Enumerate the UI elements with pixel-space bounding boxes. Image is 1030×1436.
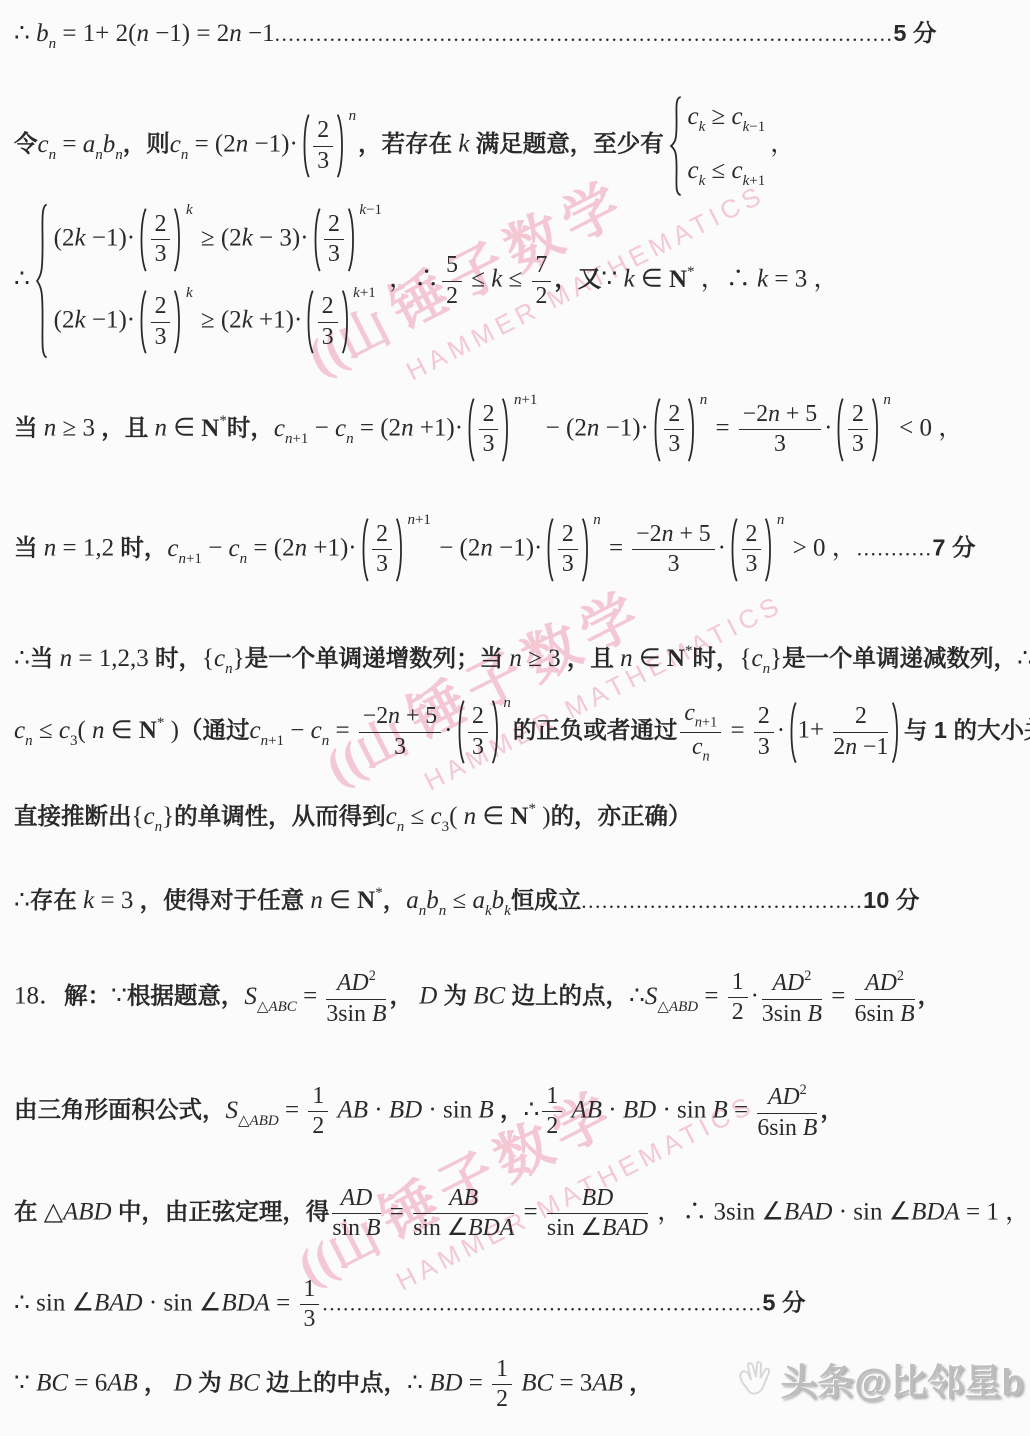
text-cjk: 10 分 [863, 887, 919, 913]
left-paren-icon [359, 518, 370, 582]
math-run: BC [222, 1370, 266, 1397]
math-run: n ≥ 3 [38, 415, 102, 442]
math-line-6: ∴当 n = 1,2,3 时，{cn}是一个单调递增数列；当 n ≥ 3 ，且 … [14, 642, 1030, 678]
victory-hand-icon [732, 1357, 776, 1401]
math-line-9: ∴存在 k = 3 ，使得对于任意 n ∈ N*，anbn ≤ akbk恒成立.… [14, 884, 919, 920]
fraction: 52 [442, 252, 462, 310]
math-run: 1+ [798, 717, 831, 744]
subscripted-symbol: cn+1 [249, 717, 284, 744]
right-paren-icon [173, 290, 184, 354]
right-paren-icon [764, 518, 775, 582]
math-run: = (2n −1)· [188, 131, 297, 158]
subscripted-symbol: an [83, 131, 103, 158]
dotted-leader: ........................................… [275, 22, 894, 46]
math-run: > 0 ， [786, 535, 856, 562]
math-run: · [718, 535, 726, 562]
text-cjk: ，使得对于任意 [140, 887, 305, 913]
math-run: ，∴ 3sin ∠BAD · sin ∠BDA = 1 ， [651, 1199, 1030, 1226]
right-paren-icon [347, 208, 358, 272]
text-cjk: ， [629, 1370, 653, 1396]
math-run: = [698, 983, 725, 1010]
math-run: · [824, 415, 832, 442]
fraction: AD26sin B [757, 1082, 817, 1142]
math-run: − [284, 717, 311, 744]
subscripted-symbol: cn+1 [274, 415, 309, 442]
text-cjk: 的单调性，从而得到 [174, 803, 386, 829]
math-run: ∴ [14, 887, 30, 914]
paren-fraction-power: 23n [728, 518, 784, 582]
math-run: ∵ BC = 6AB [14, 1370, 144, 1397]
text-cjk: 时， [227, 415, 274, 441]
right-paren-icon [173, 208, 184, 272]
subscripted-symbol: bn [426, 887, 446, 914]
math-line-7: cn ≤ c3( n ∈ N* )（通过cn+1 − cn = −2n + 53… [14, 700, 1030, 765]
math-run: = [56, 131, 83, 158]
text-cjk: 5 分 [762, 1290, 805, 1316]
math-line-4: 当 n ≥ 3 ，且 n ∈ N*时，cn+1 − cn = (2n +1)·2… [14, 398, 963, 462]
superscripted-symbol: N* [357, 887, 383, 914]
math-run: < 0 ， [893, 415, 963, 442]
left-paren-icon [728, 518, 739, 582]
paren-fraction-power: 23n [455, 700, 511, 764]
text-cjk: ，又 [554, 266, 601, 292]
math-run: = [825, 983, 852, 1010]
math-run: = [329, 717, 356, 744]
math-run: ≤ k ≤ [465, 266, 529, 293]
superscripted-symbol: N* [139, 717, 165, 744]
math-run: = [709, 415, 736, 442]
text-cjk: 当 [30, 645, 54, 671]
math-run: ∴ BD = [407, 1370, 489, 1397]
paren-fraction-power: 23k−1 [311, 208, 383, 272]
subscripted-symbol: an [406, 887, 426, 914]
dotted-leader: ........................................… [322, 1292, 762, 1316]
math-run: ∵ k ∈ [601, 266, 669, 293]
subscripted-symbol: ck+1 [732, 157, 766, 184]
superscripted-symbol: AD2 [768, 1084, 807, 1110]
text-cjk: 的，亦正确） [551, 803, 692, 829]
subscripted-symbol: bn [103, 131, 123, 158]
math-run: − [202, 535, 229, 562]
text-cjk: ，若存在 [358, 131, 452, 157]
fraction: 13 [300, 1276, 320, 1334]
math-run: D [413, 983, 444, 1010]
fraction: BDsin ∠BAD [547, 1185, 648, 1243]
math-run: (2k −1)· [54, 224, 135, 251]
math-run: ，∴ k = 3 ， [695, 266, 839, 293]
subscripted-symbol: cn [170, 131, 189, 158]
text-cjk: 7 分 [932, 535, 975, 561]
math-run: } [162, 803, 174, 830]
right-paren-icon [395, 518, 406, 582]
left-paren-icon [455, 700, 466, 764]
subscripted-symbol: cn [38, 131, 57, 158]
math-line-13: ∴ sin ∠BAD · sin ∠BDA = 13..............… [14, 1276, 806, 1334]
credit-text: 头条@比邻星b [780, 1352, 1024, 1406]
right-paren-icon [581, 518, 592, 582]
paren-fraction-power: 23n [834, 398, 890, 462]
math-run: AB [449, 1185, 478, 1211]
math-run: = [724, 717, 751, 744]
text-cjk: 由三角形面积公式， [14, 1097, 226, 1123]
text-cjk: 当 [14, 415, 38, 441]
fraction: 12 [728, 969, 748, 1027]
math-run: ≤ [33, 717, 59, 744]
text-cjk: ， [389, 983, 413, 1009]
paren-fraction-power: 23n [651, 398, 707, 462]
math-line-5: 当 n = 1,2 时，cn+1 − cn = (2n +1)·23n+1 − … [14, 518, 975, 582]
math-run: · [777, 717, 785, 744]
paren-fraction-power: 23n+1 [359, 518, 431, 582]
math-run: = [279, 1097, 306, 1124]
left-paren-icon [137, 290, 148, 354]
math-run: 6sin B [757, 1115, 817, 1141]
subscripted-symbol: cn [751, 645, 770, 672]
math-run: ∴ [629, 983, 645, 1010]
right-paren-icon [891, 702, 902, 763]
subscripted-symbol: bk [492, 887, 511, 914]
math-run: AD [341, 1185, 373, 1211]
text-cjk: 的正负或者通过 [513, 717, 678, 743]
text-cjk: ， [383, 887, 407, 913]
left-brace-icon [669, 96, 683, 196]
subscripted-symbol: ck−1 [732, 103, 766, 130]
math-run: n = 1,2,3 [53, 645, 155, 672]
text-cjk: 中，由正弦定理，得 [118, 1199, 330, 1225]
text-cjk: 5 分 [893, 20, 936, 46]
math-run: k = 3 [77, 887, 140, 914]
text-cjk: 解： [64, 983, 111, 1009]
superscripted-symbol: N* [510, 803, 536, 830]
math-run: 3sin B [326, 1001, 386, 1027]
right-paren-icon [871, 398, 882, 462]
math-run: sin B [332, 1215, 380, 1241]
math-run: n ∈ [614, 645, 667, 672]
left-paren-icon [300, 114, 311, 178]
left-paren-icon [137, 208, 148, 272]
math-line-2: 令cn = anbn，则cn = (2n −1)·23n，若存在 k 满足题意，… [14, 96, 795, 196]
math-line-8: 直接推断出{cn}的单调性，从而得到cn ≤ c3( n ∈ N* )的，亦正确… [14, 800, 692, 836]
subscripted-symbol: S△ABD [645, 983, 698, 1010]
math-run: = 1+ 2(n −1) = 2n −1 [56, 20, 274, 47]
text-cjk: 在 [14, 1199, 38, 1225]
text-cjk: 根据题意， [127, 983, 245, 1009]
fraction: AD23sin B [326, 968, 386, 1028]
fraction: cn+1cn [680, 700, 721, 765]
subscripted-symbol: cn [311, 717, 330, 744]
subscripted-symbol: S△ABD [226, 1097, 279, 1124]
right-paren-icon [491, 700, 502, 764]
left-paren-icon [651, 398, 662, 462]
math-line-12: 在 △ABD 中，由正弦定理，得ADsin B = ABsin ∠BDA = B… [14, 1185, 1030, 1243]
subscripted-symbol: cn+1 [167, 535, 202, 562]
math-line-11: 由三角形面积公式，S△ABD = 12 AB · BD · sin B ，∴12… [14, 1082, 844, 1142]
fraction: 12 [308, 1083, 328, 1141]
left-paren-icon [304, 290, 315, 354]
subscripted-symbol: bn [36, 20, 56, 47]
fraction: AD26sin B [855, 968, 915, 1028]
author-credit: 头条@比邻星b [732, 1352, 1024, 1406]
text-cjk: ，且 [101, 415, 148, 441]
math-run: 6sin B [855, 1001, 915, 1027]
math-run: k [452, 131, 476, 158]
math-run: AB · BD · sin B [331, 1097, 500, 1124]
math-line-14: ∵ BC = 6AB ， D 为 BC 边上的中点，∴ BD = 12 BC =… [14, 1356, 653, 1414]
math-run: AB · BD · sin B = [565, 1097, 754, 1124]
text-cjk: 直接推断出 [14, 803, 132, 829]
subscripted-symbol: cn [386, 803, 405, 830]
subscripted-symbol: ck [688, 103, 706, 130]
text-cjk: 恒成立 [511, 887, 582, 913]
text-cjk: 边上的点， [511, 983, 629, 1009]
math-run: ∴ [14, 20, 36, 47]
right-paren-icon [501, 398, 512, 462]
math-line-3: ∴(2k −1)·23k ≥ (2k − 3)·23k−1(2k −1)·23k… [14, 203, 839, 359]
math-run: n ∈ [304, 887, 357, 914]
math-run: n ∈ [148, 415, 201, 442]
text-cjk: 时， [692, 645, 739, 671]
subscripted-symbol: cn [692, 734, 710, 760]
fraction: ABsin ∠BDA [413, 1185, 514, 1243]
math-run: = [384, 1199, 411, 1226]
text-cjk: （通过 [179, 717, 250, 743]
paren-fraction-power: 23n [300, 114, 356, 178]
math-run: } [770, 645, 782, 672]
text-cjk: ，且 [567, 645, 614, 671]
math-run: · [751, 983, 759, 1010]
math-run: sin ∠BAD [547, 1215, 648, 1241]
text-cjk: 为 [444, 983, 468, 1009]
math-run: (2k −1)· [54, 307, 135, 334]
paren-group: 1+ 22n −1 [787, 702, 902, 763]
subscripted-symbol: cn+1 [684, 700, 717, 726]
math-run: = [517, 1199, 544, 1226]
subscripted-symbol: cn [229, 535, 248, 562]
superscripted-symbol: N* [669, 266, 695, 293]
math-run: n ≥ 3 [503, 645, 567, 672]
math-run: ≥ (2k +1)· [195, 307, 303, 334]
subscripted-symbol: cn [14, 717, 33, 744]
math-run: = [297, 983, 324, 1010]
math-run: BD [582, 1185, 614, 1211]
superscripted-symbol: AD2 [337, 970, 376, 996]
fraction: −2n + 53 [632, 521, 714, 579]
math-run: = (2n +1)· [354, 415, 463, 442]
math-run: ) [164, 717, 179, 744]
subscripted-symbol: S△ABC [244, 983, 296, 1010]
text-cjk: 时， [120, 535, 167, 561]
math-run: · [444, 717, 452, 744]
math-run: BC = 3AB [515, 1370, 629, 1397]
fraction: −2n + 53 [359, 703, 441, 761]
fraction: 22n −1 [833, 703, 888, 761]
superscripted-symbol: AD2 [865, 970, 904, 996]
text-cjk: ， [144, 1370, 168, 1396]
left-paren-icon [787, 702, 798, 763]
text-cjk: 满足题意，至少有 [476, 131, 664, 157]
math-run: ≤ [705, 157, 731, 184]
math-run: { [202, 645, 214, 672]
fraction: 23 [754, 703, 774, 761]
math-run: ∵ [111, 983, 127, 1010]
text-cjk: 是一个单调递减数列， [782, 645, 1017, 671]
math-run: ∴ sin ∠BAD · sin ∠BDA = [14, 1290, 297, 1317]
math-run: ∴ [523, 1097, 539, 1124]
math-run: ≥ (2k − 3)· [195, 224, 309, 251]
fraction: AD23sin B [762, 968, 822, 1028]
math-run: BC [467, 983, 511, 1010]
paren-fraction-power: 23k [137, 208, 193, 272]
left-paren-icon [834, 398, 845, 462]
math-run: ) [536, 803, 551, 830]
right-paren-icon [336, 114, 347, 178]
math-run: { [132, 803, 144, 830]
subscripted-symbol: cn [214, 645, 233, 672]
dotted-leader: ........... [857, 537, 933, 561]
subscripted-symbol: c3 [430, 803, 449, 830]
paren-fraction-power: 23k [137, 290, 193, 354]
subscripted-symbol: cn [144, 803, 163, 830]
math-run: ( n ∈ [77, 717, 138, 744]
math-run: ∴ [14, 645, 30, 672]
text-cjk: 存在 [30, 887, 77, 913]
math-run: − [308, 415, 335, 442]
math-run: ∴ [1017, 645, 1030, 672]
watermark-subtitle: HAMMER MATHEMATICS [419, 589, 788, 797]
subscripted-symbol: cn [335, 415, 354, 442]
superscripted-symbol: AD2 [773, 970, 812, 996]
document-page: ((山锤子数学HAMMER MATHEMATICS((山锤子数学HAMMER M… [0, 0, 1030, 1436]
math-run: ≤ [446, 887, 472, 914]
math-run: = (2n +1)· [247, 535, 356, 562]
text-cjk: 令 [14, 131, 38, 157]
math-line-10: 18．解：∵根据题意，S△ABC = AD23sin B， D 为 BC 边上的… [14, 968, 941, 1028]
paren-fraction-power: 23n [544, 518, 600, 582]
right-paren-icon [687, 398, 698, 462]
superscripted-symbol: N* [201, 415, 227, 442]
subscripted-symbol: c3 [59, 717, 78, 744]
math-run: − (2n −1)· [539, 415, 648, 442]
text-cjk: ， [820, 1097, 844, 1123]
text-cjk: ， [500, 1097, 524, 1123]
left-paren-icon [311, 208, 322, 272]
fraction: 12 [492, 1356, 512, 1414]
cases-group: ck ≥ ck−1ck ≤ ck+1 [669, 96, 766, 196]
math-run: D [168, 1370, 199, 1397]
math-run: △ABD [38, 1199, 118, 1226]
text-roman: 18． [14, 983, 64, 1010]
left-paren-icon [544, 518, 555, 582]
text-cjk: 为 [198, 1370, 222, 1396]
text-cjk: 时， [155, 645, 202, 671]
superscripted-symbol: N* [667, 645, 693, 672]
math-run: sin ∠BDA [413, 1215, 514, 1241]
dotted-leader: ........................................… [581, 889, 863, 913]
math-run: ( n ∈ [449, 803, 510, 830]
math-run: ∴ [14, 266, 30, 293]
fraction: −2n + 53 [739, 401, 821, 459]
paren-fraction-power: 23n+1 [465, 398, 537, 462]
math-run: ≤ [404, 803, 430, 830]
math-run: = [603, 535, 630, 562]
right-paren-icon [341, 290, 352, 354]
subscripted-symbol: ak [472, 887, 491, 914]
paren-fraction-power: 23k+1 [304, 290, 376, 354]
text-cjk: ，则 [123, 131, 170, 157]
math-run: { [739, 645, 751, 672]
fraction: ADsin B [332, 1185, 380, 1243]
fraction: 72 [532, 252, 552, 310]
math-run: n = 1,2 [38, 535, 121, 562]
left-paren-icon [465, 398, 476, 462]
subscripted-symbol: ck [688, 157, 706, 184]
text-cjk: 当 [14, 535, 38, 561]
math-run: ， [770, 131, 795, 158]
math-run: − (2n −1)· [433, 535, 542, 562]
text-cjk: 边上的中点， [266, 1370, 407, 1396]
math-run: ≥ [705, 103, 731, 130]
text-cjk: ， [918, 983, 942, 1009]
text-cjk: 与 1 的大小关系， [904, 717, 1030, 743]
math-run: } [233, 645, 245, 672]
cases-group: (2k −1)·23k ≥ (2k − 3)·23k−1(2k −1)·23k … [35, 203, 384, 359]
math-run: ，∴ [389, 266, 439, 293]
math-line-1: ∴ bn = 1+ 2(n −1) = 2n −1...............… [14, 18, 936, 54]
fraction: 12 [542, 1083, 562, 1141]
left-brace-icon [35, 203, 49, 359]
math-run: 3sin B [762, 1001, 822, 1027]
text-cjk: 是一个单调递增数列；当 [245, 645, 504, 671]
